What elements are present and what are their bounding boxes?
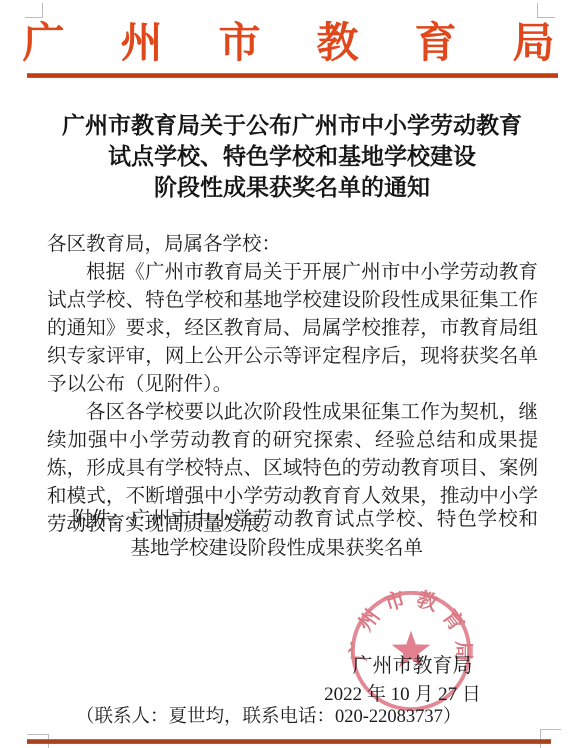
attachment-text: 广州市中小学劳动教育试点学校、特色学校和基地学校建设阶段性成果获奖名单 [131, 505, 538, 563]
letterhead-rule [27, 73, 558, 78]
attachment-label: 附件： [72, 505, 131, 534]
footer-rule [27, 739, 551, 744]
issuer-signature: 广州市教育局 [300, 649, 525, 678]
official-document-page: 广 州 市 教 育 局 广州市教育局关于公布广州市中小学劳动教育 试点学校、特色… [0, 0, 584, 748]
document-title-line-2: 试点学校、特色学校和基地学校建设 [0, 141, 584, 172]
document-title: 广州市教育局关于公布广州市中小学劳动教育 试点学校、特色学校和基地学校建设 阶段… [0, 110, 584, 203]
document-body: 各区教育局，局属各学校： 根据《广州市教育局关于开展广州市中小学劳动教育试点学校… [47, 231, 538, 539]
attachment-note: 附件： 广州市中小学劳动教育试点学校、特色学校和基地学校建设阶段性成果获奖名单 [72, 505, 538, 563]
contact-info: （联系人：夏世均，联系电话：020-22083737） [76, 702, 461, 728]
salutation: 各区教育局，局属各学校： [47, 231, 538, 259]
body-paragraph-1: 根据《广州市教育局关于开展广州市中小学劳动教育试点学校、特色学校和基地学校建设阶… [47, 259, 538, 399]
document-title-line-1: 广州市教育局关于公布广州市中小学劳动教育 [0, 110, 584, 141]
letterhead-title: 广 州 市 教 育 局 [0, 10, 584, 70]
document-title-line-3: 阶段性成果获奖名单的通知 [0, 172, 584, 203]
